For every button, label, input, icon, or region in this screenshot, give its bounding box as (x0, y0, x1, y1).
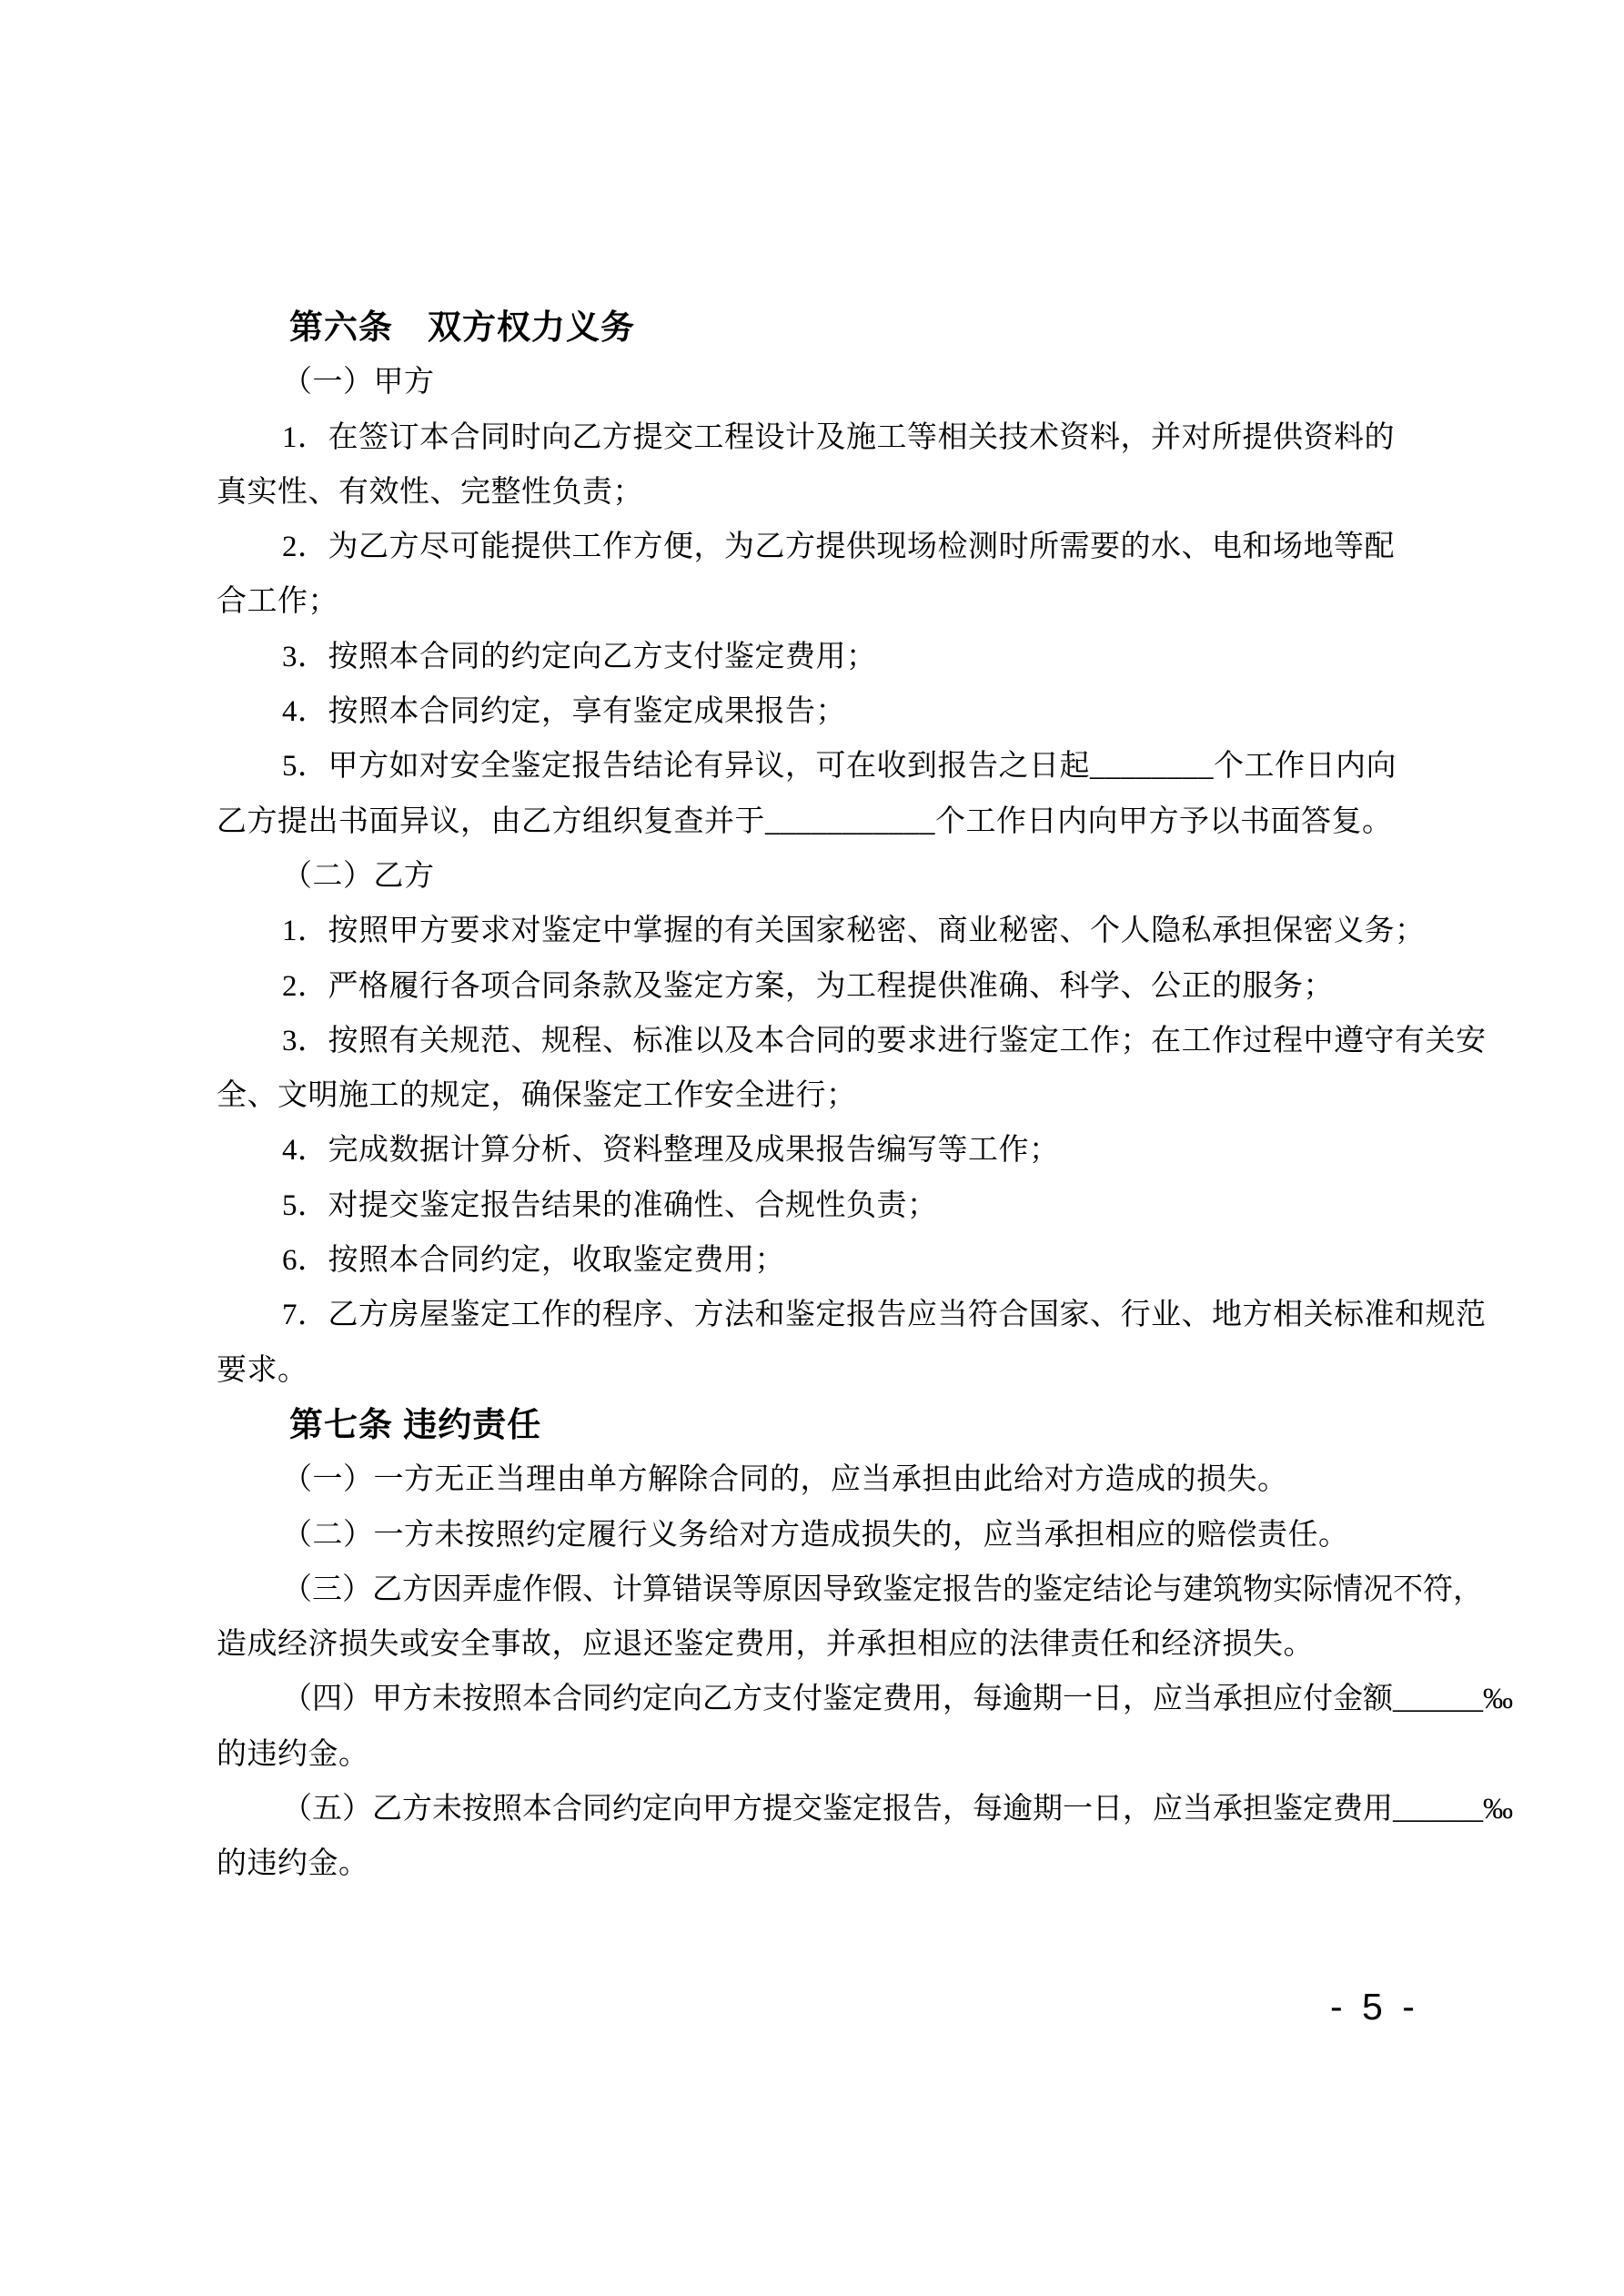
party-b-item-4: 4．完成数据计算分析、资料整理及成果报告编写等工作； (217, 1123, 1412, 1178)
article6-heading: 第六条 双方权力义务 (217, 300, 1412, 355)
party-a-item-3: 3．按照本合同的约定向乙方支付鉴定费用； (217, 630, 1412, 684)
party-a-item-1-line-1: 1．在签订本合同时向乙方提交工程设计及施工等相关技术资料，并对所提供资料的 (217, 410, 1412, 465)
article7-item-1: （一）一方无正当理由单方解除合同的，应当承担由此给对方造成的损失。 (217, 1452, 1412, 1507)
article7-item-4-line-1: （四）甲方未按照本合同约定向乙方支付鉴定费用，每逾期一日，应当承担应付金额___… (217, 1672, 1412, 1726)
party-b-item-5: 5．对提交鉴定报告结果的准确性、合规性负责； (217, 1178, 1412, 1233)
party-b-item-3-line-1: 3．按照有关规范、规程、标准以及本合同的要求进行鉴定工作；在工作过程中遵守有关安 (217, 1014, 1412, 1068)
party-a-item-2-line-1: 2．为乙方尽可能提供工作方便，为乙方提供现场检测时所需要的水、电和场地等配 (217, 520, 1412, 574)
party-b-item-3-line-2: 全、文明施工的规定，确保鉴定工作安全进行； (217, 1068, 1412, 1123)
party-a-item-1-line-2: 真实性、有效性、完整性负责； (217, 465, 1412, 520)
contract-document-page: 第六条 双方权力义务 （一）甲方 1．在签订本合同时向乙方提交工程设计及施工等相… (0, 0, 1624, 2296)
party-a-item-5-line-1: 5．甲方如对安全鉴定报告结论有异议，可在收到报告之日起________个工作日内… (217, 739, 1412, 794)
party-b-item-7-line-1: 7．乙方房屋鉴定工作的程序、方法和鉴定报告应当符合国家、行业、地方相关标准和规范 (217, 1288, 1412, 1342)
party-b-label: （二）乙方 (217, 849, 1412, 904)
article7-item-2: （二）一方未按照约定履行义务给对方造成损失的，应当承担相应的赔偿责任。 (217, 1508, 1412, 1563)
party-b-item-6: 6．按照本合同约定，收取鉴定费用； (217, 1233, 1412, 1288)
article7-item-5-line-2: 的违约金。 (217, 1836, 1412, 1891)
party-b-item-7-line-2: 要求。 (217, 1343, 1412, 1398)
page-number: - 5 - (1330, 1986, 1419, 2028)
article7-item-3-line-1: （三）乙方因弄虚作假、计算错误等原因导致鉴定报告的鉴定结论与建筑物实际情况不符， (217, 1563, 1412, 1617)
party-a-item-5-line-2: 乙方提出书面异议，由乙方组织复查并于___________个工作日内向甲方予以书… (217, 794, 1412, 849)
article7-heading: 第七条 违约责任 (217, 1398, 1412, 1452)
article7-item-5-line-1: （五）乙方未按照本合同约定向甲方提交鉴定报告，每逾期一日，应当承担鉴定费用___… (217, 1782, 1412, 1836)
party-b-item-2: 2．严格履行各项合同条款及鉴定方案，为工程提供准确、科学、公正的服务； (217, 959, 1412, 1014)
party-a-item-4: 4．按照本合同约定，享有鉴定成果报告； (217, 684, 1412, 739)
party-a-item-2-line-2: 合工作； (217, 574, 1412, 629)
party-a-label: （一）甲方 (217, 355, 1412, 410)
article7-item-3-line-2: 造成经济损失或安全事故，应退还鉴定费用，并承担相应的法律责任和经济损失。 (217, 1617, 1412, 1672)
party-b-item-1: 1．按照甲方要求对鉴定中掌握的有关国家秘密、商业秘密、个人隐私承担保密义务； (217, 904, 1412, 958)
article7-item-4-line-2: 的违约金。 (217, 1727, 1412, 1782)
